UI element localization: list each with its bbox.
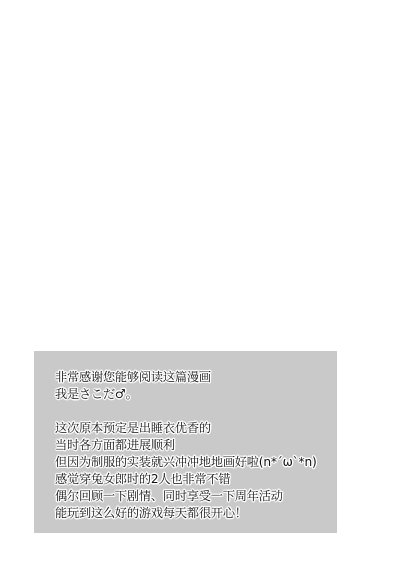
body-line: 这次原本预定是出睡衣优香的 <box>55 420 317 437</box>
body-line: 能玩到这么好的游戏每天都很开心！ <box>55 505 317 522</box>
afterword-text: 非常感谢您能够阅读这篇漫画 我是さこだ♂。 这次原本预定是出睡衣优香的 当时各方… <box>55 369 317 522</box>
body-line: 感觉穿兔女郎时的2人也非常不错 <box>55 471 317 488</box>
afterword-note-box: 非常感谢您能够阅读这篇漫画 我是さこだ♂。 这次原本预定是出睡衣优香的 当时各方… <box>34 351 337 533</box>
greeting-line: 非常感谢您能够阅读这篇漫画 <box>55 369 317 386</box>
paragraph-gap <box>55 403 317 420</box>
body-line: 但因为制服的实装就兴冲冲地地画好啦(n*´ω`*n) <box>55 454 317 471</box>
manga-afterword-page: 非常感谢您能够阅读这篇漫画 我是さこだ♂。 这次原本预定是出睡衣优香的 当时各方… <box>0 0 400 573</box>
body-line: 当时各方面都进展顺利 <box>55 437 317 454</box>
author-intro-line: 我是さこだ♂。 <box>55 386 317 403</box>
body-line: 偶尔回顾一下剧情、同时享受一下周年活动 <box>55 488 317 505</box>
